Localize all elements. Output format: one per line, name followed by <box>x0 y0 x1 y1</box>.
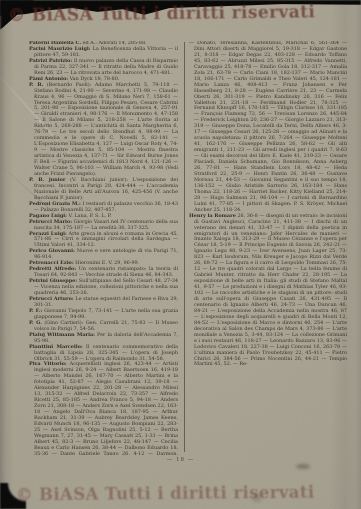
index-entry: P. B. junior (V. Bacchiani junior): L'es… <box>29 178 178 202</box>
page-number: — 18 — <box>0 457 361 463</box>
index-left-column: Paterni Daniella C. ed A.: Adorati 14, 2… <box>29 41 178 455</box>
index-entry: Piva Vittorio: Acquerellisti inglesi 26,… <box>29 362 178 455</box>
pencil-smudge <box>252 494 262 502</box>
index-entry: P. B. (Bernardo Paoli): Adamo Marchetti … <box>29 83 178 178</box>
index-entry: Petrini Giuseppe: Sull'altipiano del Sel… <box>29 279 178 297</box>
index-entry: Perazzi Luigi: Arte greca in alcuni e ro… <box>29 232 178 250</box>
column-divider-rule <box>184 42 185 452</box>
index-right-column: — Donato, Teresianna, Kastentinus, Maric… <box>189 41 347 455</box>
scan-corner-bottom-left <box>0 483 26 509</box>
pencil-smudge <box>296 464 310 469</box>
index-entry: Henry la Romare 26, 36-8 — disegni di un… <box>189 214 347 369</box>
index-text-area: Paterni Daniella C. ed A.: Adorati 14, 2… <box>29 41 347 455</box>
index-entry: P. F.: Giovanni Tiepolo 7, 73-141 — L'ar… <box>29 309 178 321</box>
index-entry: — Donato, Teresianna, Kastentinus, Maric… <box>189 41 347 214</box>
index-entry: Patrizi Patrizio: Il nuovo palazzo della… <box>29 59 178 77</box>
index-entry: Pianttini Marcello: Il centenario commem… <box>29 345 178 363</box>
